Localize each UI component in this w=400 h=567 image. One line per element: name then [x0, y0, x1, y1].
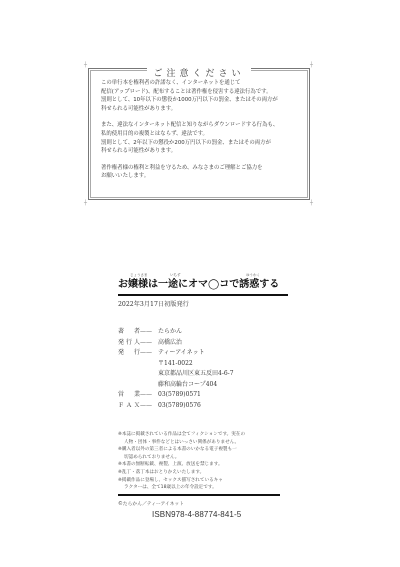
- notice-line: また、違法なインターネット配信と知りながらダウンロードする行為も、: [101, 121, 301, 130]
- address-line: 東京都品川区東五反田4-6-7: [118, 369, 298, 380]
- address-line: 藤和高輪台コープ404: [118, 380, 298, 391]
- copyright-line: ©たらかん／ティーアイネット: [118, 500, 184, 507]
- fineprint-line: ラクターは、全て18歳以上の年令設定です。: [118, 484, 288, 492]
- notice-line: 科せられる可能性があります。: [101, 105, 301, 114]
- fineprint-line: 切認められておりません。: [118, 454, 288, 462]
- credit-author: 著 者 —— たらかん: [118, 327, 298, 338]
- notice-line: この単行本を権利者の許諾なく、インターネットを通じて: [101, 79, 301, 88]
- copyright-notice-box: ご注意ください この単行本を権利者の許諾なく、インターネットを通じて 配信(アッ…: [88, 68, 310, 200]
- postal-code: 〒141-0022: [118, 359, 298, 370]
- ruby-text: じょうさま: [130, 273, 148, 278]
- bottom-divider: [118, 494, 280, 496]
- notice-paragraph: また、違法なインターネット配信と知りながらダウンロードする行為も、 私的使用目的…: [101, 121, 301, 155]
- corner-mark: ┼: [310, 200, 313, 206]
- ruby-row: じょうさま いちず ゆうわく: [118, 272, 288, 279]
- title-divider: [118, 294, 288, 296]
- fineprint-line: ※乱丁・落丁本はおとりかえいたします。: [118, 469, 288, 477]
- credits: 著 者 —— たらかん 発行人 —— 高橋広治 発 行 —— ティーアイネット …: [118, 327, 298, 411]
- fineprint-line: ※購入者以外の第三者による本書のいかなる電子複製も一: [118, 446, 288, 454]
- credit-fax: ＦＡＸ —— 03(5789)0576: [118, 401, 298, 412]
- notice-body: この単行本を権利者の許諾なく、インターネットを通じて 配信(アップロード)、配布…: [101, 79, 301, 189]
- notice-paragraph: この単行本を権利者の許諾なく、インターネットを通じて 配信(アップロード)、配布…: [101, 79, 301, 113]
- isbn: ISBN978-4-88774-841-5: [152, 510, 241, 519]
- notice-line: 配信(アップロード)、配布することは著作権を侵害する違法行為です。: [101, 88, 301, 97]
- corner-mark: ┼: [310, 62, 313, 68]
- ruby-text: ゆうわく: [246, 273, 260, 278]
- notice-paragraph: 著作権者様の権利と利益を守るため、みなさまのご理解とご協力を お願いいたします。: [101, 164, 301, 181]
- notice-line: お願いいたします。: [101, 172, 301, 181]
- ruby-text: いちず: [170, 273, 181, 278]
- book-title: お嬢様は一途にオマ◯コで誘惑する: [118, 279, 288, 291]
- notice-line: 著作権者様の権利と利益を守るため、みなさまのご理解とご協力を: [101, 164, 301, 173]
- credit-publisher: 発 行 —— ティーアイネット: [118, 348, 298, 359]
- credit-phone: 営 業 —— 03(5789)0571: [118, 390, 298, 401]
- fineprint-line: ※掲載作品に登場し、セックス描写されているキャ: [118, 477, 288, 485]
- notice-line: 罰則として、10年以下の懲役か1000万円以下の罰金、またはその両方が: [101, 96, 301, 105]
- title-block: じょうさま いちず ゆうわく お嬢様は一途にオマ◯コで誘惑する 2022年3月1…: [118, 272, 288, 308]
- notice-line: 罰則として、2年以下の懲役か200万円以下の罰金、またはその両方が: [101, 139, 301, 148]
- fineprint-line: 人物・団体・事件などとはいっさい関係がありません。: [118, 439, 288, 447]
- corner-mark: ┼: [84, 62, 87, 68]
- credit-publisher-person: 発行人 —— 高橋広治: [118, 338, 298, 349]
- notice-line: 私的使用目的の複製とはならず、違法です。: [101, 130, 301, 139]
- notice-line: 科せられる可能性があります。: [101, 147, 301, 156]
- fineprint-line: ※本誌に掲載されている作品は全てフィクションです。実在の: [118, 431, 288, 439]
- edition-date: 2022年3月17日初版発行: [118, 299, 288, 308]
- fineprint-line: ※本書の無断転載、複製、上演、放送を禁じます。: [118, 461, 288, 469]
- corner-mark: ┼: [84, 200, 87, 206]
- legal-fineprint: ※本誌に掲載されている作品は全てフィクションです。実在の 人物・団体・事件などと…: [118, 431, 288, 492]
